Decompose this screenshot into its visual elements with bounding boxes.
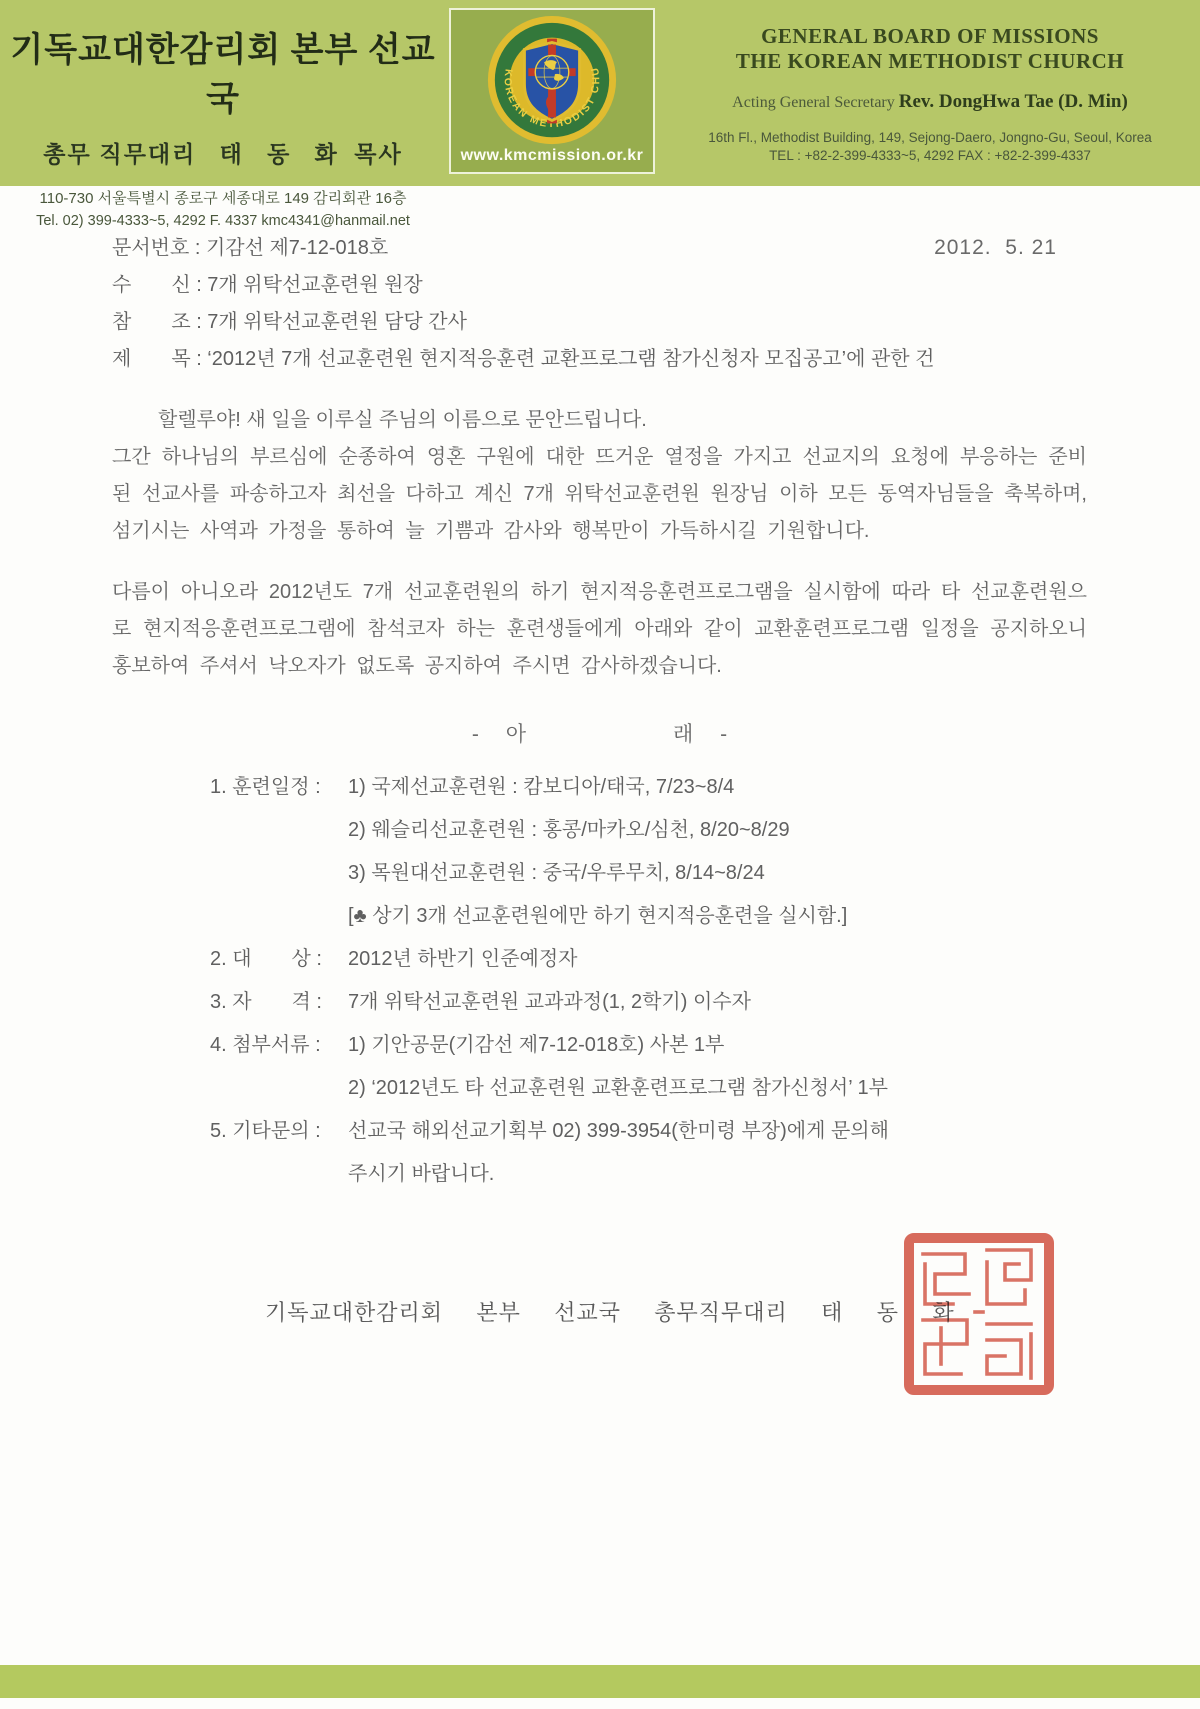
english-secretary-prefix: Acting General Secretary bbox=[732, 94, 899, 111]
list-item: 4. 첨부서류 : 1) 기안공문(기감선 제7-12-018호) 사본 1부 … bbox=[210, 1024, 1087, 1110]
english-org-line2: THE KOREAN METHODIST CHURCH bbox=[660, 49, 1200, 74]
letterhead-english-block: GENERAL BOARD OF MISSIONS THE KOREAN MET… bbox=[660, 0, 1200, 186]
kmc-church-logo-icon: THE KOREAN METHODIST CHURCH bbox=[483, 13, 621, 151]
footer-green-bar bbox=[0, 1665, 1200, 1698]
scanned-letter-page: 기독교대한감리회 본부 선교국 총무 직무대리 태 동 화 목사 110-730… bbox=[0, 0, 1200, 1709]
meta-recipient: 수 신 : 7개 위탁선교훈련원 원장 bbox=[112, 267, 1087, 304]
english-secretary-line: Acting General Secretary Rev. DongHwa Ta… bbox=[660, 91, 1200, 113]
letterhead-korean-block: 기독교대한감리회 본부 선교국 총무 직무대리 태 동 화 목사 110-730… bbox=[0, 0, 446, 186]
item-label: 2. 대 상 : bbox=[210, 938, 348, 981]
item-line: 주시기 바랍니다. bbox=[348, 1153, 1087, 1196]
item-line: 3) 목원대선교훈련원 : 중국/우루무치, 8/14~8/24 bbox=[348, 852, 1087, 895]
greeting-line: 할렐루야! 새 일을 이루실 주님의 이름으로 문안드립니다. bbox=[112, 402, 1087, 439]
item-lines: 1) 기안공문(기감선 제7-12-018호) 사본 1부 2) ‘2012년도… bbox=[348, 1024, 1087, 1110]
item-line: 1) 기안공문(기감선 제7-12-018호) 사본 1부 bbox=[348, 1024, 1087, 1067]
signature-line: 기독교대한감리회 본부 선교국 총무직무대리 태 동 화 bbox=[265, 1296, 955, 1327]
paragraph-1: 그간 하나님의 부르심에 순종하여 영혼 구원에 대한 뜨거운 열정을 가지고 … bbox=[112, 439, 1087, 550]
item-label: 4. 첨부서류 : bbox=[210, 1024, 348, 1110]
english-address: 16th Fl., Methodist Building, 149, Sejon… bbox=[660, 130, 1200, 145]
meta-cc: 참 조 : 7개 위탁선교훈련원 담당 간사 bbox=[112, 304, 1087, 341]
item-lines: 1) 국제선교훈련원 : 캄보디아/태국, 7/23~8/4 2) 웨슬리선교훈… bbox=[348, 766, 1087, 938]
item-line: 선교국 해외선교기획부 02) 399-3954(한미령 부장)에게 문의해 bbox=[348, 1110, 1087, 1153]
item-line: 2012년 하반기 인준예정자 bbox=[348, 938, 1087, 981]
meta-subject: 제 목 : ‘2012년 7개 선교훈련원 현지적응훈련 교환프로그램 참가신청… bbox=[112, 341, 1087, 378]
english-contact: TEL : +82-2-399-4333~5, 4292 FAX : +82-2… bbox=[660, 148, 1200, 163]
item-lines: 2012년 하반기 인준예정자 bbox=[348, 938, 1087, 981]
list-item: 5. 기타문의 : 선교국 해외선교기획부 02) 399-3954(한미령 부… bbox=[210, 1110, 1087, 1196]
document-body: 2012. 5. 21 문서번호 : 기감선 제7-12-018호 수 신 : … bbox=[112, 230, 1087, 1196]
english-org-line1: GENERAL BOARD OF MISSIONS bbox=[660, 24, 1200, 49]
letterhead-logo-box: THE KOREAN METHODIST CHURCH www.km bbox=[449, 8, 655, 174]
item-line: 1) 국제선교훈련원 : 캄보디아/태국, 7/23~8/4 bbox=[348, 766, 1087, 809]
below-divider: - 아 래 - bbox=[112, 718, 1087, 748]
korean-secretary-line: 총무 직무대리 태 동 화 목사 bbox=[0, 136, 446, 169]
item-line: 2) 웨슬리선교훈련원 : 홍콩/마카오/심천, 8/20~8/29 bbox=[348, 809, 1087, 852]
item-list: 1. 훈련일정 : 1) 국제선교훈련원 : 캄보디아/태국, 7/23~8/4… bbox=[210, 766, 1087, 1196]
item-label: 1. 훈련일정 : bbox=[210, 766, 348, 938]
list-item: 2. 대 상 : 2012년 하반기 인준예정자 bbox=[210, 938, 1087, 981]
korean-address: 110-730 서울특별시 종로구 세종대로 149 감리회관 16층 bbox=[0, 187, 446, 208]
korean-contact: Tel. 02) 399-4333~5, 4292 F. 4337 kmc434… bbox=[0, 213, 446, 229]
item-lines: 7개 위탁선교훈련원 교과과정(1, 2학기) 이수자 bbox=[348, 981, 1087, 1024]
list-item: 1. 훈련일정 : 1) 국제선교훈련원 : 캄보디아/태국, 7/23~8/4… bbox=[210, 766, 1087, 938]
official-seal-stamp-icon bbox=[903, 1232, 1055, 1396]
paragraph-2: 다름이 아니오라 2012년도 7개 선교훈련원의 하기 현지적응훈련프로그램을… bbox=[112, 574, 1087, 685]
list-item: 3. 자 격 : 7개 위탁선교훈련원 교과과정(1, 2학기) 이수자 bbox=[210, 981, 1087, 1024]
item-label: 3. 자 격 : bbox=[210, 981, 348, 1024]
item-line: 7개 위탁선교훈련원 교과과정(1, 2학기) 이수자 bbox=[348, 981, 1087, 1024]
english-secretary-name: Rev. DongHwa Tae (D. Min) bbox=[899, 91, 1128, 112]
letterhead: 기독교대한감리회 본부 선교국 총무 직무대리 태 동 화 목사 110-730… bbox=[0, 0, 1200, 186]
item-line: [♣ 상기 3개 선교훈련원에만 하기 현지적응훈련을 실시함.] bbox=[348, 895, 1087, 938]
item-line: 2) ‘2012년도 타 선교훈련원 교환훈련프로그램 참가신청서’ 1부 bbox=[348, 1067, 1087, 1110]
website-url: www.kmcmission.or.kr bbox=[451, 147, 653, 165]
korean-org-title: 기독교대한감리회 본부 선교국 bbox=[0, 22, 446, 120]
item-label: 5. 기타문의 : bbox=[210, 1110, 348, 1196]
item-lines: 선교국 해외선교기획부 02) 399-3954(한미령 부장)에게 문의해 주… bbox=[348, 1110, 1087, 1196]
document-date: 2012. 5. 21 bbox=[934, 236, 1057, 260]
